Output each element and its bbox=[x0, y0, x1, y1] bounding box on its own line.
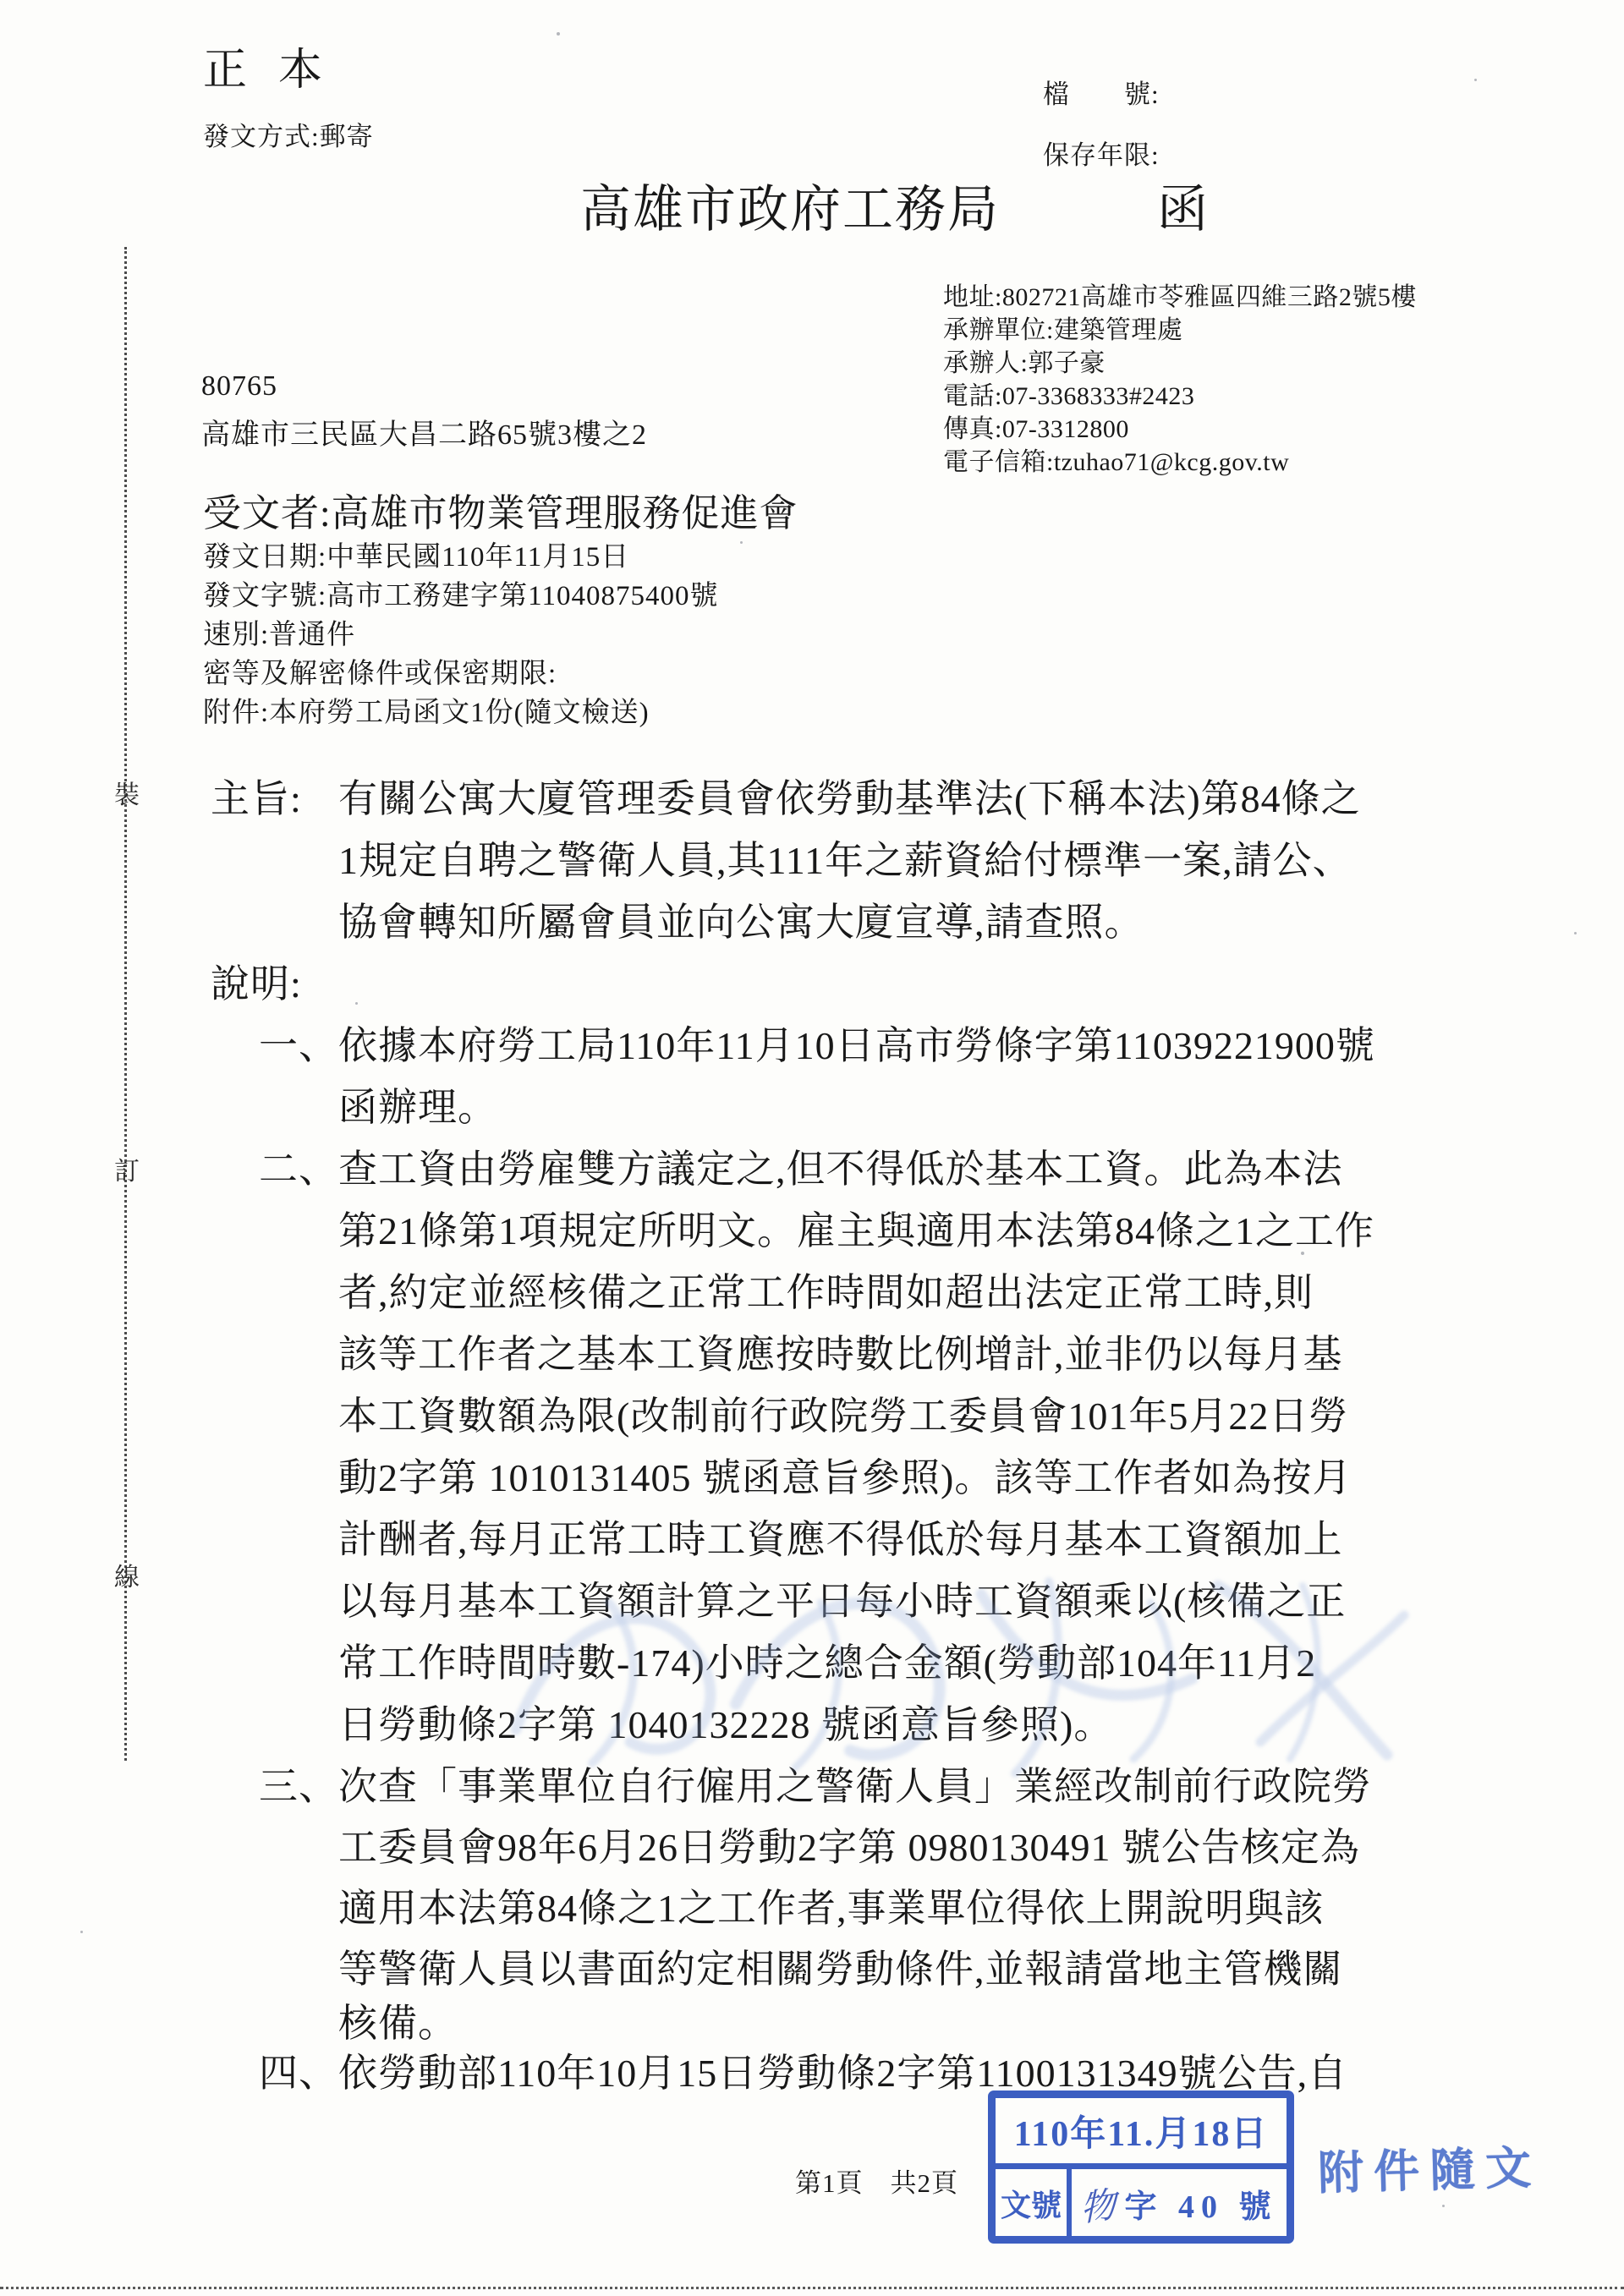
recipient-address: 高雄市三民區大昌二路65號3樓之2 bbox=[201, 411, 647, 452]
binding-mark-ding: 訂 bbox=[108, 1150, 145, 1187]
scan-speckle bbox=[557, 32, 560, 36]
subject-line-3: 協會轉知所屬會員並向公寓大廈宣導,請查照。 bbox=[338, 891, 1144, 947]
send-method: 發文方式:郵寄 bbox=[203, 115, 374, 153]
item2-line-3: 者,約定並經核備之正常工作時間如超出法定正常工時,則 bbox=[338, 1262, 1314, 1318]
scan-speckle bbox=[1474, 79, 1477, 81]
item3-line-5: 核備。 bbox=[338, 1992, 458, 2048]
stamp-date: 110年11.月18日 bbox=[996, 2098, 1287, 2169]
scan-speckle bbox=[355, 1002, 358, 1005]
scan-speckle bbox=[740, 541, 743, 544]
recipient-zip: 80765 bbox=[201, 370, 277, 403]
item2-line-8: 以每月基本工資額計算之平日每小時工資額乘以(核備之正 bbox=[338, 1570, 1346, 1626]
stamp-docno-rest: 字 40 號 bbox=[1125, 2180, 1278, 2227]
stamp-handwritten-char: 物 bbox=[1080, 2175, 1124, 2232]
scan-speckle bbox=[1055, 95, 1057, 97]
scan-speckle bbox=[1301, 1252, 1304, 1255]
sender-contact-block: 地址:802721高雄市苓雅區四維三路2號5樓 承辦單位:建築管理處 承辦人:郭… bbox=[943, 281, 1417, 479]
binding-mark-xian: 線 bbox=[108, 1556, 145, 1593]
issue-date: 發文日期:中華民國110年11月15日 bbox=[203, 538, 718, 577]
item3-line-1: 次查「事業單位自行僱用之警衛人員」業經改制前行政院勞 bbox=[338, 1756, 1372, 1811]
item2-line-6: 動2字第 1010131405 號函意旨參照)。該等工作者如為按月 bbox=[338, 1447, 1352, 1503]
sender-unit: 承辦單位:建築管理處 bbox=[943, 314, 1417, 347]
page-bottom-edge bbox=[0, 2287, 1624, 2289]
item1-line-2: 函辦理。 bbox=[338, 1077, 497, 1132]
document-title: 高雄市政府工務局 函 bbox=[580, 169, 1210, 242]
stamp-docno-value: 物 字 40 號 bbox=[1072, 2169, 1287, 2238]
official-letter-page: 裝 訂 線 正 本 發文方式:郵寄 檔 號: 保存年限: 高雄市政府工務局 函 … bbox=[0, 0, 1624, 2296]
item2-line-7: 計酬者,每月正常工時工資應不得低於每月基本工資額加上 bbox=[338, 1509, 1343, 1564]
issue-number: 發文字號:高市工務建字第11040875400號 bbox=[203, 577, 718, 616]
item2-line-10: 日勞動條2字第 1040132228 號函意旨參照)。 bbox=[338, 1694, 1113, 1750]
recipient-line: 受文者:高雄市物業管理服務促進會 bbox=[203, 482, 798, 537]
sender-address: 地址:802721高雄市苓雅區四維三路2號5樓 bbox=[943, 281, 1417, 314]
item3-line-3: 適用本法第84條之1之工作者,事業單位得依上開說明與該 bbox=[338, 1877, 1325, 1933]
scan-speckle bbox=[1442, 2205, 1445, 2207]
explanation-label: 說明: bbox=[211, 953, 302, 1009]
sender-phone: 電話:07-3368333#2423 bbox=[943, 380, 1417, 413]
stamp-docno-label: 文號 bbox=[996, 2169, 1072, 2238]
binding-mark-zhuang: 裝 bbox=[108, 774, 145, 811]
item2-line-4: 該等工作者之基本工資應按時數比例增計,並非仍以每月基 bbox=[338, 1323, 1343, 1379]
file-number-label: 檔 號: bbox=[1043, 73, 1160, 111]
item1-line-1: 依據本府勞工局110年11月10日高市勞條字第11039221900號 bbox=[338, 1015, 1375, 1071]
document-meta-block: 發文日期:中華民國110年11月15日 發文字號:高市工務建字第11040875… bbox=[203, 538, 718, 732]
subject-label: 主旨: bbox=[211, 768, 302, 824]
item4-number: 四、 bbox=[259, 2042, 338, 2098]
item3-line-2: 工委員會98年6月26日勞動2字第 0980130491 號公告核定為 bbox=[338, 1817, 1360, 1872]
item2-number: 二、 bbox=[259, 1138, 338, 1194]
security-class: 密等及解密條件或保密期限: bbox=[203, 655, 718, 693]
received-date-stamp: 110年11.月18日 文號 物 字 40 號 bbox=[988, 2091, 1294, 2244]
speed-class: 速別:普通件 bbox=[203, 616, 718, 655]
sender-person: 承辦人:郭子豪 bbox=[943, 347, 1417, 380]
scan-speckle bbox=[80, 1931, 83, 1933]
item3-number: 三、 bbox=[259, 1756, 338, 1811]
retention-period-label: 保存年限: bbox=[1043, 134, 1160, 172]
binding-dotted-line bbox=[124, 247, 127, 1761]
item2-line-9: 常工作時間時數-174)小時之總合金額(勞動部104年11月2 bbox=[338, 1632, 1316, 1688]
item2-line-1: 查工資由勞雇雙方議定之,但不得低於基本工資。此為本法 bbox=[338, 1138, 1343, 1194]
item2-line-5: 本工資數額為限(改制前行政院勞工委員會101年5月22日勞 bbox=[338, 1385, 1348, 1441]
attachment-note-line: 附件:本府勞工局函文1份(隨文檢送) bbox=[203, 693, 718, 732]
copy-type-label: 正 本 bbox=[203, 34, 332, 97]
subject-line-1: 有關公寓大廈管理委員會依勞動基準法(下稱本法)第84條之 bbox=[338, 768, 1361, 824]
page-number-footer: 第1頁 共2頁 bbox=[795, 2162, 958, 2200]
subject-line-2: 1規定自聘之警衛人員,其111年之薪資給付標準一案,請公、 bbox=[338, 830, 1352, 885]
item1-number: 一、 bbox=[259, 1015, 338, 1071]
scan-speckle bbox=[1574, 932, 1577, 934]
item2-line-2: 第21條第1項規定所明文。雇主與適用本法第84條之1之工作 bbox=[338, 1200, 1374, 1256]
sender-fax: 傳真:07-3312800 bbox=[943, 413, 1417, 446]
item3-line-4: 等警衛人員以書面約定相關勞動條件,並報請當地主管機關 bbox=[338, 1938, 1343, 1994]
sender-email: 電子信箱:tzuhao71@kcg.gov.tw bbox=[943, 446, 1417, 479]
attachment-follows-stamp: 附件隨文 bbox=[1317, 2132, 1542, 2203]
